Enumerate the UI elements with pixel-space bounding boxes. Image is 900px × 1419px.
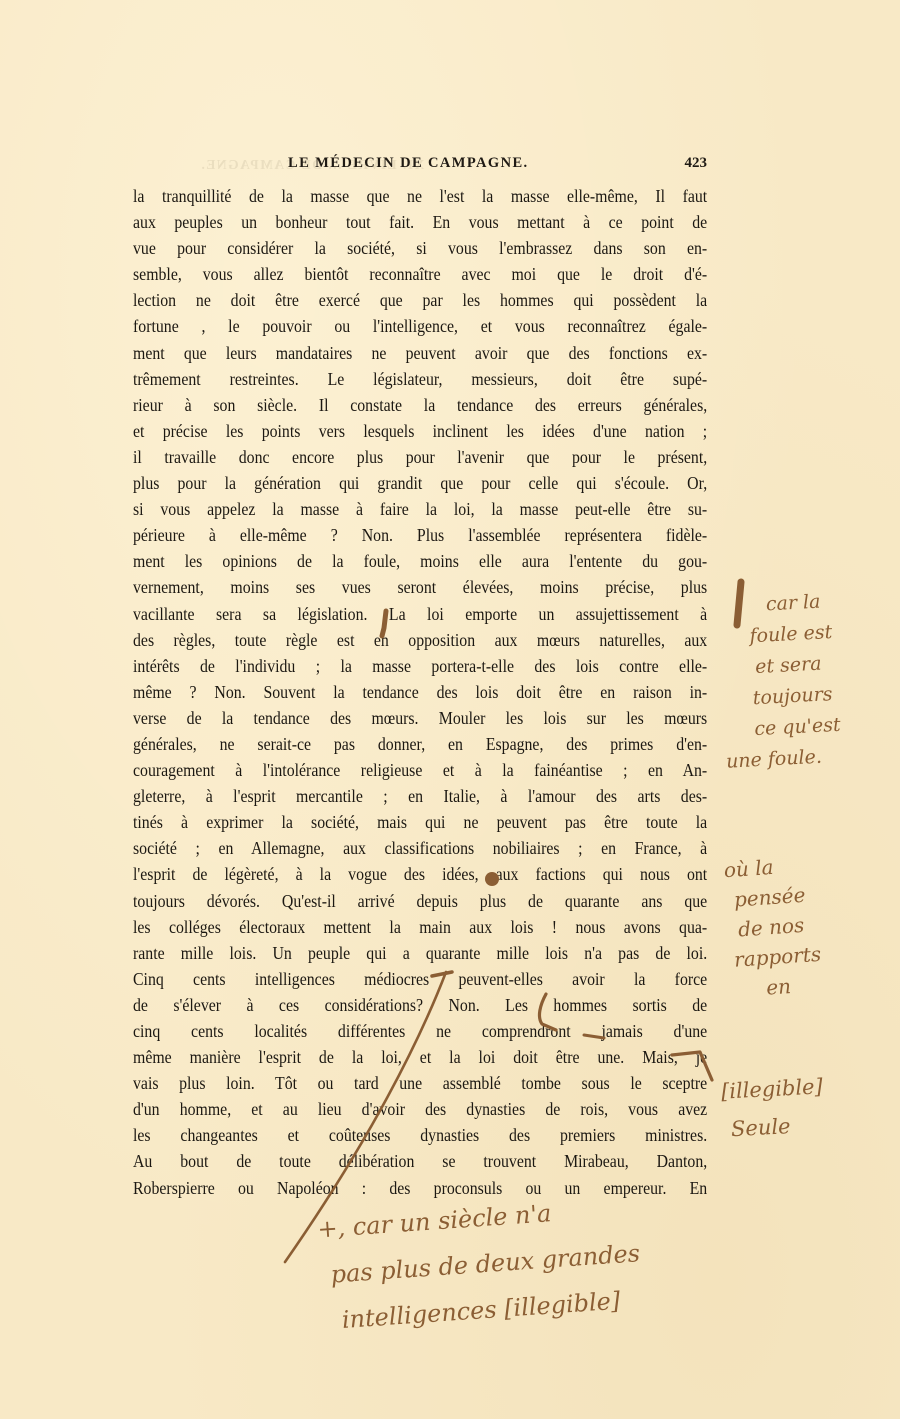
note-line: [illegible] xyxy=(720,1067,824,1110)
book-page: XI. LIVRE ... DE CAMPAGNE. LE MÉDECIN DE… xyxy=(0,0,900,1419)
note-line: en xyxy=(731,969,824,1005)
text-line: même manière l'esprit de la loi, et la l… xyxy=(133,1044,707,1070)
note-line: ce qu'est xyxy=(754,710,842,745)
note-line: et sera xyxy=(750,648,838,683)
text-line: de s'élever à ces considérations? Non. L… xyxy=(133,992,707,1018)
text-line: tinés à exprimer la société, mais qui ne… xyxy=(133,809,707,835)
text-line: vernement, moins ses vues seront élevées… xyxy=(133,574,707,600)
text-line: plus pour la génération qui grandit que … xyxy=(133,470,707,496)
text-line: Cinq cents intelligences médiocres peuve… xyxy=(133,966,707,992)
text-line: société ; en Allemagne, aux classificati… xyxy=(133,835,707,861)
text-line: les colléges électoraux mettent la main … xyxy=(133,914,707,940)
note-line: foule est xyxy=(749,617,837,652)
body-text: la tranquillité de la masse que ne l'est… xyxy=(133,183,707,1201)
text-line: semble, vous allez bientôt reconnaître a… xyxy=(133,261,707,287)
note-line: rapports xyxy=(729,939,822,975)
text-line: aux peuples un bonheur tout fait. En vou… xyxy=(133,209,707,235)
text-line: vais plus loin. Tôt ou tard une assemblé… xyxy=(133,1070,707,1096)
text-line: lection ne doit être exercé que par les … xyxy=(133,287,707,313)
margin-note-2: où la pensée de nos rapports en xyxy=(723,849,824,1005)
text-line: rante mille lois. Un peuple qui a quaran… xyxy=(133,940,707,966)
text-line: la tranquillité de la masse que ne l'est… xyxy=(133,183,707,209)
text-line: l'esprit de légèreté, à la vogue des idé… xyxy=(133,861,707,887)
text-line: verse de la tendance des mœurs. Mouler l… xyxy=(133,705,707,731)
margin-note-3: [illegible] Seule xyxy=(720,1067,826,1148)
text-line: générales, ne serait-ce pas donner, en E… xyxy=(133,731,707,757)
margin-note-1: car la foule est et sera toujours ce qu'… xyxy=(747,586,843,776)
text-line: ment que leurs mandataires ne peuvent av… xyxy=(133,340,707,366)
text-line: intérêts de l'individu ; la masse porter… xyxy=(133,653,707,679)
page-header: LE MÉDECIN DE CAMPAGNE. 423 xyxy=(133,155,707,179)
text-line: Au bout de toute délibération se trouven… xyxy=(133,1148,707,1174)
note-line: toujours xyxy=(752,679,840,714)
text-line: vacillante sera sa législation. La loi e… xyxy=(133,601,707,627)
text-line: d'un homme, et au lieu d'avoir des dynas… xyxy=(133,1096,707,1122)
text-line: il travaille donc encore plus pour l'ave… xyxy=(133,444,707,470)
text-line: et précise les points vers lesquels incl… xyxy=(133,418,707,444)
text-line: des règles, toute règle est en oppositio… xyxy=(133,627,707,653)
text-line: ment les opinions de la foule, moins ell… xyxy=(133,548,707,574)
margin-bracket-icon xyxy=(737,582,741,625)
text-line: les changeantes et coûteuses dynasties d… xyxy=(133,1122,707,1148)
text-line: si vous appelez la masse à faire la loi,… xyxy=(133,496,707,522)
text-line: même ? Non. Souvent la tendance des lois… xyxy=(133,679,707,705)
note-line: une foule. xyxy=(725,741,843,778)
text-line: trêmement restreintes. Le législateur, m… xyxy=(133,366,707,392)
note-line: car la xyxy=(747,586,835,621)
text-line: toujours dévorés. Qu'est-il arrivé depui… xyxy=(133,888,707,914)
text-line: fortune , le pouvoir ou l'intelligence, … xyxy=(133,313,707,339)
text-line: cinq cents localités différentes ne comp… xyxy=(133,1018,707,1044)
text-line: vue pour considérer la société, si vous … xyxy=(133,235,707,261)
text-line: rieur à son siècle. Il constate la tenda… xyxy=(133,392,707,418)
text-line: couragement à l'intolérance religieuse e… xyxy=(133,757,707,783)
page-number: 423 xyxy=(685,155,708,172)
running-title: LE MÉDECIN DE CAMPAGNE. xyxy=(288,155,529,172)
text-line: périeure à elle-même ? Non. Plus l'assem… xyxy=(133,522,707,548)
note-line: Seule xyxy=(722,1105,826,1148)
text-line: gleterre, à l'esprit mercantile ; en Ita… xyxy=(133,783,707,809)
bottom-note: +, car un siècle n'a pas plus de deux gr… xyxy=(296,1184,645,1345)
note-line: pensée xyxy=(725,879,818,915)
